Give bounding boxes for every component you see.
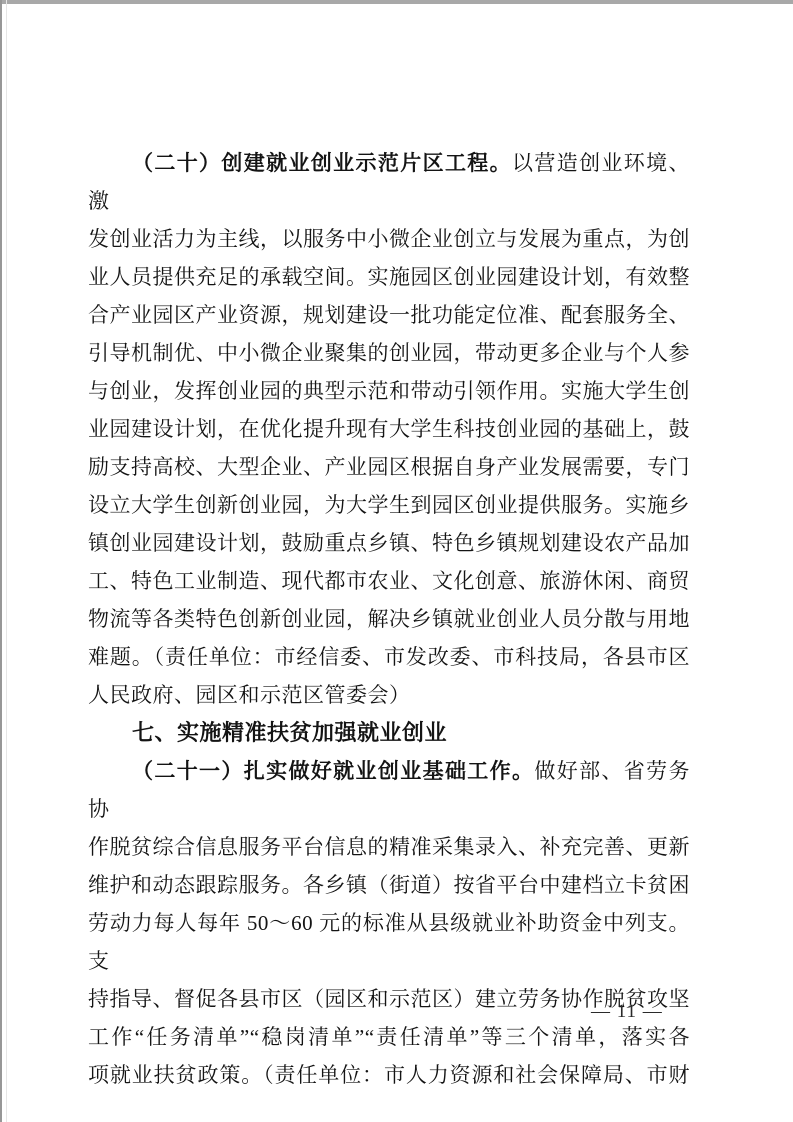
paragraph-20-line-8: 励支持高校、大型企业、产业园区根据自身产业发展需要，专门 [88, 448, 690, 486]
paragraph-20-line-2: 发创业活力为主线，以服务中小微企业创立与发展为重点，为创 [88, 220, 690, 258]
document-body: （二十）创建就业创业示范片区工程。以营造创业环境、激 发创业活力为主线，以服务中… [88, 144, 690, 1094]
paragraph-20-line-14: 人民政府、园区和示范区管委会） [88, 676, 690, 714]
section-heading: 七、实施精准扶贫加强就业创业 [88, 714, 690, 752]
scan-edge-top [0, 0, 793, 4]
paragraph-21-lead: （二十一）扎实做好就业创业基础工作。 [132, 759, 534, 783]
document-page: （二十）创建就业创业示范片区工程。以营造创业环境、激 发创业活力为主线，以服务中… [0, 0, 793, 1122]
paragraph-20-line-12: 物流等各类特色创新创业园，解决乡镇就业创业人员分散与用地 [88, 600, 690, 638]
paragraph-20-line-6: 与创业，发挥创业园的典型示范和带动引领作用。实施大学生创 [88, 372, 690, 410]
paragraph-20-line-10: 镇创业园建设计划，鼓励重点乡镇、特色乡镇规划建设农产品加 [88, 524, 690, 562]
scan-edge-left-inner [6, 0, 7, 1122]
paragraph-21-line-7: 项就业扶贫政策。（责任单位：市人力资源和社会保障局、市财 [88, 1056, 690, 1094]
paragraph-20-line-3: 业人员提供充足的承载空间。实施园区创业园建设计划，有效整 [88, 258, 690, 296]
paragraph-20-line-13: 难题。（责任单位：市经信委、市发改委、市科技局，各县市区 [88, 638, 690, 676]
paragraph-20-line-4: 合产业园区产业资源，规划建设一批功能定位准、配套服务全、 [88, 296, 690, 334]
paragraph-21-line-2: 作脱贫综合信息服务平台信息的精准采集录入、补充完善、更新 [88, 828, 690, 866]
scan-edge-left [0, 0, 2, 1122]
paragraph-20-line-9: 设立大学生创新创业园，为大学生到园区创业提供服务。实施乡 [88, 486, 690, 524]
paragraph-21-line-6: 工作“任务清单”“稳岗清单”“责任清单”等三个清单，落实各 [88, 1018, 690, 1056]
paragraph-20-line-5: 引导机制优、中小微企业聚集的创业园，带动更多企业与个人参 [88, 334, 690, 372]
paragraph-20-line-11: 工、特色工业制造、现代都市农业、文化创意、旅游休闲、商贸 [88, 562, 690, 600]
page-number: — 11 — [591, 1001, 663, 1023]
paragraph-21-line-1: （二十一）扎实做好就业创业基础工作。做好部、省劳务协 [88, 752, 690, 828]
paragraph-20-line-1: （二十）创建就业创业示范片区工程。以营造创业环境、激 [88, 144, 690, 220]
paragraph-20-lead: （二十）创建就业创业示范片区工程。 [132, 151, 512, 175]
paragraph-21-line-3: 维护和动态跟踪服务。各乡镇（街道）按省平台中建档立卡贫困 [88, 866, 690, 904]
paragraph-20-line-7: 业园建设计划，在优化提升现有大学生科技创业园的基础上，鼓 [88, 410, 690, 448]
paragraph-21-line-4: 劳动力每人每年 50～60 元的标准从县级就业补助资金中列支。支 [88, 904, 690, 980]
